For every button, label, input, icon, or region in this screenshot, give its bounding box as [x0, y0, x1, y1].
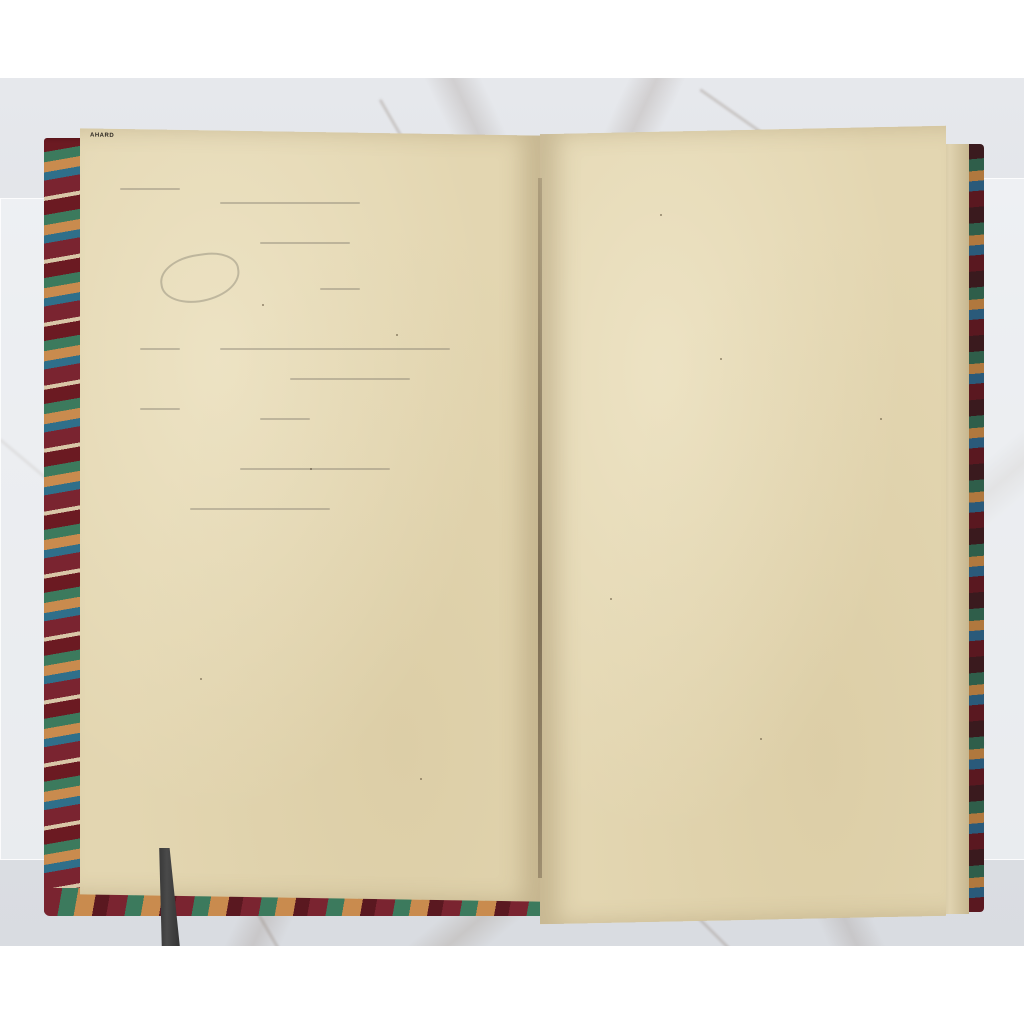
paper-speck: [610, 598, 612, 600]
paper-speck: [760, 738, 762, 740]
paper-speck: [660, 214, 662, 216]
paper-speck: [200, 678, 202, 680]
photo: AHARD: [0, 78, 1024, 946]
paper-speck: [880, 418, 882, 420]
acrylic-stand-right: [980, 178, 1024, 860]
stamp-mark: AHARD: [90, 133, 114, 139]
paper-speck: [310, 468, 312, 470]
paper-speck: [396, 334, 398, 336]
book-gutter: [538, 178, 542, 878]
right-page: [540, 126, 946, 925]
pencil-inscriptions: [120, 178, 480, 518]
paper-speck: [720, 358, 722, 360]
paper-speck: [262, 304, 264, 306]
paper-speck: [420, 778, 422, 780]
